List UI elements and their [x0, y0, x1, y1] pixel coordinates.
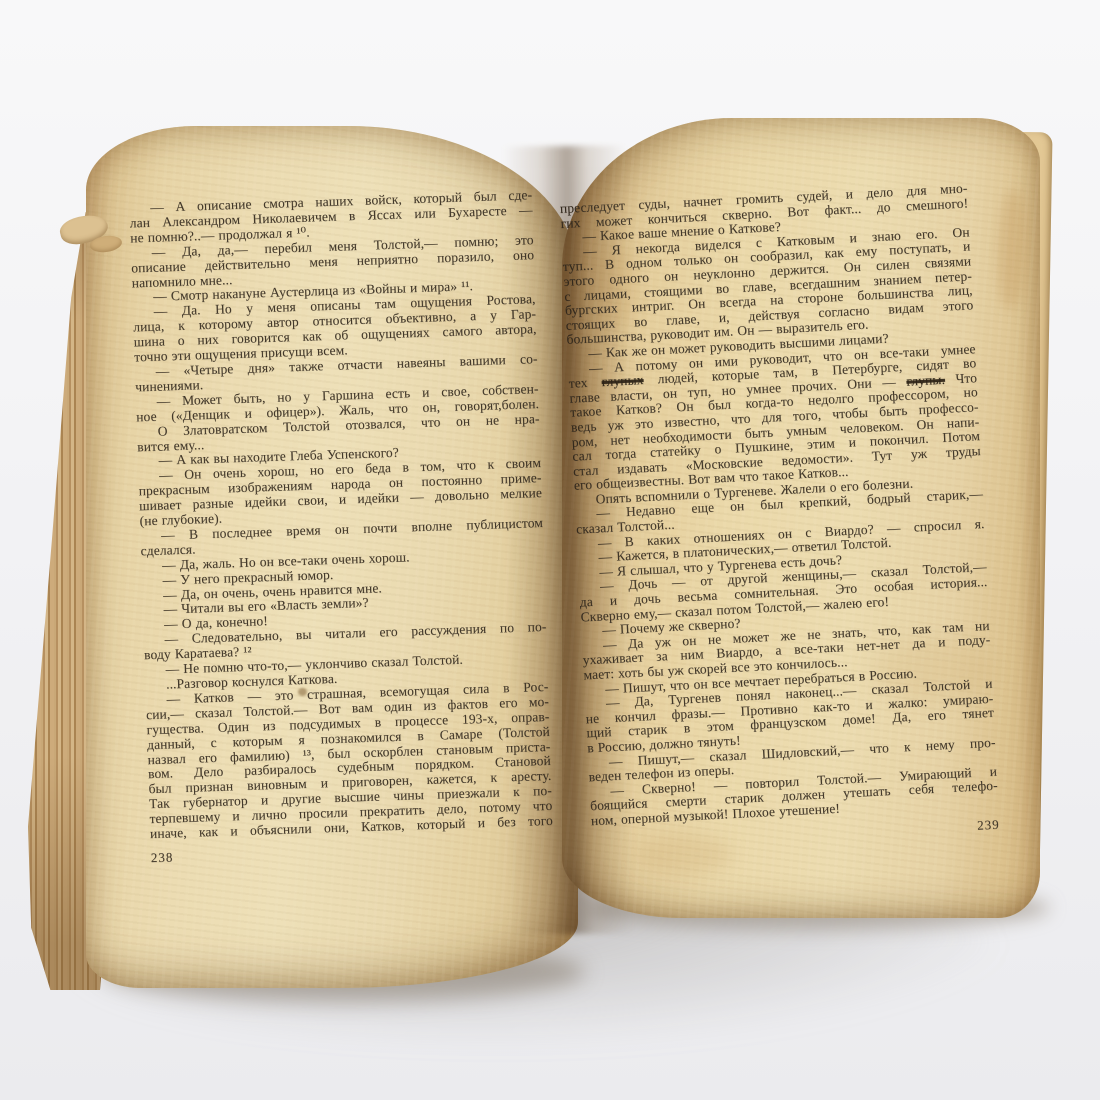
left-page-text: — А описание смотра наших войск, который…: [129, 188, 554, 866]
right-page-lines: преследует суды, начнет громить судей, и…: [560, 181, 999, 828]
left-page-lines: — А описание смотра наших войск, который…: [129, 188, 553, 842]
photo-of-open-book: { "palette": { "background": "#f2f2f4", …: [0, 0, 1100, 1100]
right-page-text: преследует суды, начнет громить судей, и…: [560, 181, 1000, 852]
